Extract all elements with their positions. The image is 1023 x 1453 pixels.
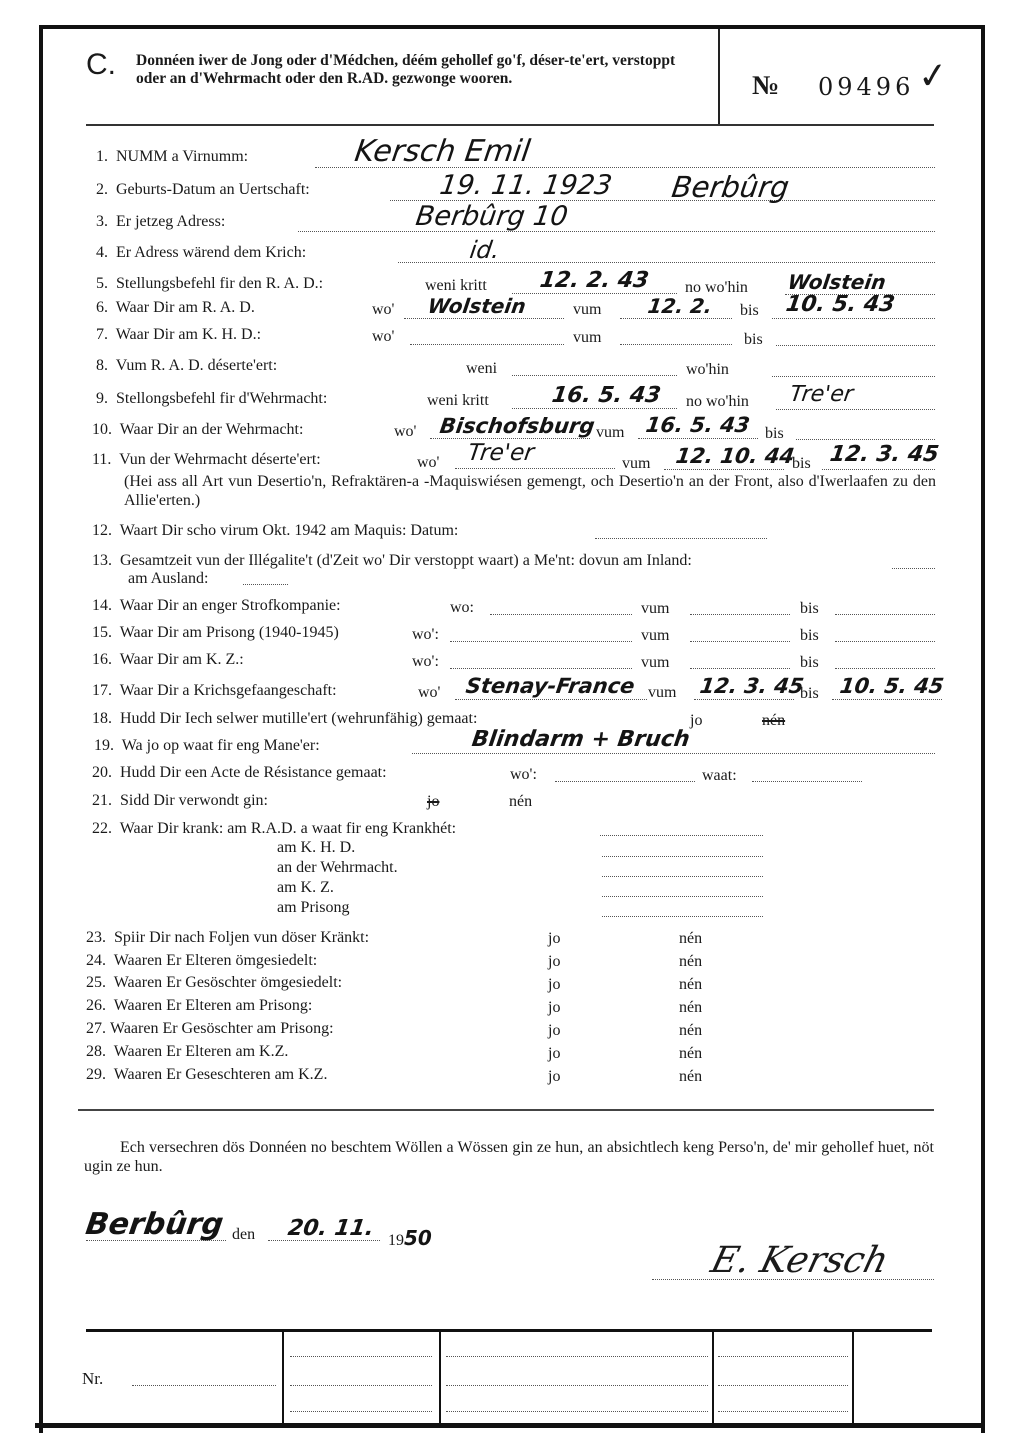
field-8-label: 8. Vum R. A. D. déserte'ert: xyxy=(96,357,277,375)
field-11-label: 11. Vun der Wehrmacht déserte'ert: xyxy=(92,451,321,469)
field-20-where-label: wo': xyxy=(510,766,537,784)
field-7-label: 7. Waar Dir am K. H. D.: xyxy=(96,326,261,344)
field-23-no[interactable]: nén xyxy=(679,930,702,948)
field-29-no[interactable]: nén xyxy=(679,1068,702,1086)
registration-form-page: C. Donnéen iwer de Jong oder d'Médchen, … xyxy=(0,0,1023,1453)
field-11-to-line[interactable] xyxy=(822,469,935,470)
field-3-value[interactable]: Berbûrg 10 xyxy=(414,201,570,232)
field-9-when-line[interactable] xyxy=(512,408,677,409)
field-11-from-label: vum xyxy=(622,455,650,473)
field-10-from-label: vum xyxy=(596,424,624,442)
field-7-from-label: vum xyxy=(573,329,601,347)
field-8-where-label: wo'hin xyxy=(686,361,729,379)
field-17-where[interactable]: Stenay-France xyxy=(464,674,636,698)
footer-c3-line-1[interactable] xyxy=(446,1356,708,1357)
signoff-year-suffix[interactable]: 50 xyxy=(404,1226,432,1250)
field-15-from-line[interactable] xyxy=(690,641,790,642)
signoff-date[interactable]: 20. 11. xyxy=(286,1216,375,1241)
field-6-from-label: vum xyxy=(573,301,601,319)
field-6-to-line[interactable] xyxy=(772,318,935,319)
section-divider xyxy=(78,1109,934,1111)
field-3-label: 3. Er jetzeg Adress: xyxy=(96,213,225,231)
field-10-where-line[interactable] xyxy=(430,438,590,439)
field-16-to-label: bis xyxy=(800,654,819,672)
field-9-label: 9. Stellongsbefehl fir d'Wehrmacht: xyxy=(96,390,327,408)
field-29-label: 29. Waaren Er Geseschteren am K.Z. xyxy=(86,1066,327,1084)
field-10-from[interactable]: 16. 5. 43 xyxy=(644,413,751,437)
field-25-label: 25. Waaren Er Gesöschter ömgesiedelt: xyxy=(86,974,342,992)
field-22-label: 22. Waar Dir krank: am R.A.D. a waat fir… xyxy=(92,820,456,838)
field-14-where-line[interactable] xyxy=(490,614,632,615)
field-17-from[interactable]: 12. 3. 45 xyxy=(698,674,805,698)
field-23-yes[interactable]: jo xyxy=(548,930,560,948)
field-22-sub-wehrmacht: an der Wehrmacht. xyxy=(277,859,398,877)
field-28-yes[interactable]: jo xyxy=(548,1045,560,1063)
field-16-label: 16. Waar Dir am K. Z.: xyxy=(92,651,244,669)
field-6-where-line[interactable] xyxy=(404,318,564,319)
declaration-text: Ech versechren dös Donnéen no beschtem W… xyxy=(84,1138,934,1176)
field-16-where-label: wo': xyxy=(412,653,439,671)
field-18-label: 18. Hudd Dir Iech selwer mutille'ert (we… xyxy=(92,710,477,728)
field-23-label: 23. Spiir Dir nach Foljen vun döser Krän… xyxy=(86,929,369,947)
field-11-from-line[interactable] xyxy=(664,469,784,470)
field-28-label: 28. Waaren Er Elteren am K.Z. xyxy=(86,1043,288,1061)
field-8-when-label: weni xyxy=(466,360,497,378)
field-24-yes[interactable]: jo xyxy=(548,953,560,971)
field-13-ausland-line[interactable] xyxy=(243,584,288,585)
field-7-from-line[interactable] xyxy=(620,344,732,345)
field-6-to[interactable]: 10. 5. 43 xyxy=(784,292,896,317)
field-14-where-label: wo: xyxy=(450,599,474,617)
field-21-label: 21. Sidd Dir verwondt gin: xyxy=(92,792,268,810)
header-divider xyxy=(718,29,720,125)
field-13-ausland-label: am Ausland: xyxy=(128,570,208,588)
field-20-what-label: waat: xyxy=(702,767,737,785)
header-rule xyxy=(86,124,934,126)
field-20-where-line[interactable] xyxy=(555,781,695,782)
field-13-inland-line[interactable] xyxy=(892,568,935,569)
field-19-label: 19. Wa jo op waat fir eng Mane'er: xyxy=(94,737,320,755)
field-6-where-label: wo' xyxy=(372,301,394,319)
field-9-when[interactable]: 16. 5. 43 xyxy=(550,383,662,408)
field-5-when[interactable]: 12. 2. 43 xyxy=(538,268,650,293)
field-14-from-label: vum xyxy=(641,600,669,618)
field-15-where-line[interactable] xyxy=(450,641,632,642)
footer-c4-line-2[interactable] xyxy=(718,1385,848,1386)
field-25-no[interactable]: nén xyxy=(679,976,702,994)
field-22-sub-prisong: am Prisong xyxy=(277,899,349,917)
field-10-where-label: wo' xyxy=(394,423,416,441)
field-6-label: 6. Waar Dir am R. A. D. xyxy=(96,299,255,317)
field-10-to-line[interactable] xyxy=(796,439,935,440)
field-20-label: 20. Hudd Dir een Acte de Résistance gema… xyxy=(92,764,387,782)
field-6-from-line[interactable] xyxy=(620,318,732,319)
field-6-where[interactable]: Wolstein xyxy=(426,294,527,318)
field-17-to-line[interactable] xyxy=(832,699,942,700)
footer-col-divider-1 xyxy=(282,1332,284,1424)
footer-c3-line-3[interactable] xyxy=(446,1411,708,1412)
field-25-yes[interactable]: jo xyxy=(548,976,560,994)
field-7-to-line[interactable] xyxy=(776,345,935,346)
field-27-label: 27. Waaren Er Gesöschter am Prisong: xyxy=(86,1020,334,1038)
field-28-no[interactable]: nén xyxy=(679,1045,702,1063)
field-22-sub-khd: am K. H. D. xyxy=(277,839,355,857)
field-14-label: 14. Waar Dir an enger Strofkompanie: xyxy=(92,597,341,615)
field-10-to-label: bis xyxy=(765,425,784,443)
field-9-where-label: no wo'hin xyxy=(686,393,749,411)
field-27-yes[interactable]: jo xyxy=(548,1022,560,1040)
page-border-bottom xyxy=(35,1423,981,1428)
field-22-kz-line[interactable] xyxy=(602,896,763,897)
field-14-from-line[interactable] xyxy=(690,614,790,615)
field-5-when-label: weni kritt xyxy=(425,277,487,295)
field-11-where[interactable]: Tre'er xyxy=(466,440,535,466)
footer-nr-line[interactable] xyxy=(132,1385,276,1386)
field-22-prisong-line[interactable] xyxy=(602,916,763,917)
footer-c4-line-3[interactable] xyxy=(718,1411,848,1412)
form-number: 09496 xyxy=(818,73,914,101)
footer-c4-line-1[interactable] xyxy=(718,1356,848,1357)
field-2-date[interactable]: 19. 11. 1923 xyxy=(438,170,614,201)
field-11-from[interactable]: 12. 10. 44 xyxy=(674,444,796,468)
field-7-where-label: wo' xyxy=(372,328,394,346)
field-3-line[interactable] xyxy=(298,231,935,232)
field-26-no[interactable]: nén xyxy=(679,999,702,1017)
footer-col-divider-4 xyxy=(852,1332,854,1424)
number-sign: № xyxy=(752,70,779,101)
field-15-label: 15. Waar Dir am Prisong (1940-1945) xyxy=(92,624,339,642)
field-24-no[interactable]: nén xyxy=(679,953,702,971)
field-6-to-label: bis xyxy=(740,302,759,320)
footer-c2-line-2[interactable] xyxy=(290,1385,432,1386)
field-17-from-label: vum xyxy=(648,684,676,702)
field-21-yes-struck[interactable]: jo xyxy=(427,793,439,811)
field-17-to[interactable]: 10. 5. 45 xyxy=(838,674,945,698)
field-10-from-line[interactable] xyxy=(638,438,758,439)
field-7-to-label: bis xyxy=(744,331,763,349)
signoff-place[interactable]: Berbûrg xyxy=(84,1207,226,1242)
field-22-sub-kz: am K. Z. xyxy=(277,879,334,897)
field-9-where[interactable]: Tre'er xyxy=(788,382,854,407)
field-5-where[interactable]: Wolstein xyxy=(786,270,887,294)
field-21-no[interactable]: nén xyxy=(509,793,532,811)
field-17-where-label: wo' xyxy=(418,684,440,702)
footer-nr-label: Nr. xyxy=(82,1369,103,1389)
field-11-to-label: bis xyxy=(792,455,811,473)
field-12-line[interactable] xyxy=(595,538,767,539)
field-20-what-line[interactable] xyxy=(752,781,862,782)
field-22-wehrmacht-line[interactable] xyxy=(602,876,763,877)
field-11-to[interactable]: 12. 3. 45 xyxy=(828,442,940,467)
footer-col-divider-3 xyxy=(712,1332,714,1424)
footer-rule xyxy=(86,1329,932,1332)
field-8-where-line[interactable] xyxy=(772,376,935,377)
field-7-where-line[interactable] xyxy=(410,344,564,345)
footer-c3-line-2[interactable] xyxy=(446,1385,708,1386)
field-29-yes[interactable]: jo xyxy=(548,1068,560,1086)
field-14-to-label: bis xyxy=(800,600,819,618)
field-18-no-struck[interactable]: nén xyxy=(762,712,785,730)
field-26-yes[interactable]: jo xyxy=(548,999,560,1017)
field-16-where-line[interactable] xyxy=(450,668,632,669)
field-11-where-line[interactable] xyxy=(455,468,615,469)
footer-c2-line-3[interactable] xyxy=(290,1411,432,1412)
field-24-label: 24. Waaren Er Elteren ömgesiedelt: xyxy=(86,952,317,970)
field-1-value[interactable]: Kersch Emil xyxy=(353,134,533,169)
field-27-no[interactable]: nén xyxy=(679,1022,702,1040)
field-18-yes[interactable]: jo xyxy=(690,712,702,730)
field-22-rad-line[interactable] xyxy=(600,835,763,836)
field-6-from[interactable]: 12. 2. xyxy=(646,294,713,318)
form-title: Donnéen iwer de Jong oder d'Médchen, déé… xyxy=(136,52,704,87)
footer-col-divider-2 xyxy=(439,1332,441,1424)
field-1-label: 1. NUMM a Virnumm: xyxy=(96,148,248,166)
field-2-label: 2. Geburts-Datum an Uertschaft: xyxy=(96,181,310,199)
field-4-value[interactable]: id. xyxy=(468,236,501,264)
field-9-where-line[interactable] xyxy=(776,409,935,410)
field-17-where-line[interactable] xyxy=(455,699,647,700)
field-11-where-label: wo' xyxy=(417,454,439,472)
field-8-when-line[interactable] xyxy=(512,375,677,376)
signoff-den-label: den xyxy=(232,1226,255,1244)
field-11-note: (Hei ass all Art vun Desertio'n, Refrakt… xyxy=(124,472,936,510)
field-16-from-line[interactable] xyxy=(690,668,790,669)
field-17-label: 17. Waar Dir a Krichsgefaangeschaft: xyxy=(92,682,337,700)
field-16-to-line[interactable] xyxy=(835,668,935,669)
field-14-to-line[interactable] xyxy=(835,614,935,615)
footer-c2-line-1[interactable] xyxy=(290,1356,432,1357)
field-19-value[interactable]: Blindarm + Bruch xyxy=(470,727,691,752)
field-9-when-label: weni kritt xyxy=(427,392,489,410)
field-17-from-line[interactable] xyxy=(694,699,794,700)
signature[interactable]: E. Kersch xyxy=(707,1240,893,1281)
field-15-from-label: vum xyxy=(641,627,669,645)
field-13-label: 13. Gesamtzeit vun der Illégalite't (d'Z… xyxy=(92,552,692,570)
field-19-line[interactable] xyxy=(412,753,935,754)
field-5-label: 5. Stellungsbefehl fir den R. A. D.: xyxy=(96,275,323,293)
field-15-to-line[interactable] xyxy=(835,641,935,642)
field-15-where-label: wo': xyxy=(412,626,439,644)
field-12-label: 12. Waart Dir scho virum Okt. 1942 am Ma… xyxy=(92,522,458,540)
field-26-label: 26. Waaren Er Elteren am Prisong: xyxy=(86,997,312,1015)
field-16-from-label: vum xyxy=(641,654,669,672)
check-mark-icon: ✓ xyxy=(916,55,950,99)
field-10-label: 10. Waar Dir an der Wehrmacht: xyxy=(92,421,303,439)
field-22-khd-line[interactable] xyxy=(602,856,763,857)
section-letter: C. xyxy=(86,48,116,82)
signoff-year: 1950 xyxy=(388,1226,432,1250)
field-2-place[interactable]: Berbûrg xyxy=(670,170,792,204)
field-10-where[interactable]: Bischofsburg xyxy=(438,414,596,438)
field-15-to-label: bis xyxy=(800,627,819,645)
field-4-label: 4. Er Adress wärend dem Krich: xyxy=(96,244,306,262)
field-17-to-label: bis xyxy=(800,685,819,703)
